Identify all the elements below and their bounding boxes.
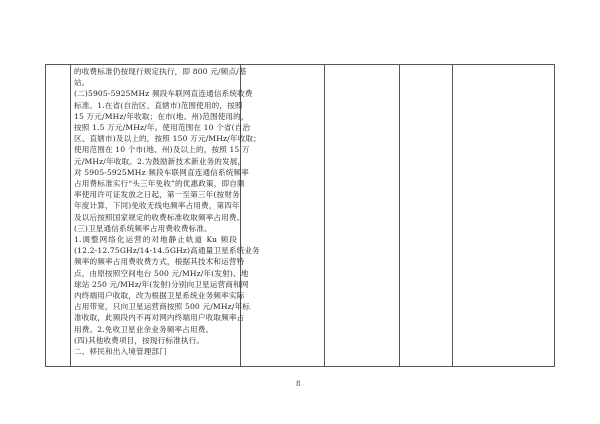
- page-number: 8: [296, 380, 300, 388]
- content-line: 站。: [74, 77, 237, 88]
- content-line: 15 万元/MHz/年收取；在市(地、州)范围使用的，: [74, 111, 237, 122]
- content-line: 用费。2.免收卫星业余业务频率占用费。: [74, 324, 237, 335]
- content-line: 使用范围在 10 个市(地、州)及以上的，按照 15 万: [74, 144, 237, 155]
- content-line: 点，由原按照空间电台 500 元/MHz/年(发射)、地: [74, 268, 237, 279]
- content-line: 按照 1.5 万元/MHz/年。使用范围在 10 个省(自治: [74, 122, 237, 133]
- table-cell-empty: [453, 65, 555, 367]
- table-cell-index: [46, 65, 71, 367]
- content-line: 及以后按照国家规定的收费标准收取频率占用费。: [74, 212, 237, 223]
- content-line: (三)卫星通信系统频率占用费收费标准。: [74, 223, 237, 234]
- table-cell-content: 的收费标准仍按现行规定执行，即 800 元/频点/基站。(二)5905-5925…: [71, 65, 241, 367]
- fee-table: 的收费标准仍按现行规定执行，即 800 元/频点/基站。(二)5905-5925…: [45, 64, 555, 367]
- content-line: (四)其他收费项目，按现行标准执行。: [74, 335, 237, 346]
- content-line: 区、直辖市)及以上的，按照 150 万元/MHz/年收取；: [74, 133, 237, 144]
- content-line: 球站 250 元/MHz/年(发射)分别向卫星运营商和网: [74, 279, 237, 290]
- table-row: 的收费标准仍按现行规定执行，即 800 元/频点/基站。(二)5905-5925…: [46, 65, 555, 367]
- content-line: 的收费标准仍按现行规定执行，即 800 元/频点/基: [74, 66, 237, 77]
- content-line: 年度计算，下同)免收无线电频率占用费，第四年: [74, 200, 237, 211]
- table-cell-empty: [400, 65, 453, 367]
- content-line: 内终端用户收取，改为根据卫星系统业务频率实际: [74, 290, 237, 301]
- table-cell-empty: [325, 65, 400, 367]
- content-line: 标准。1.在省(自治区、直辖市)范围使用的，按照: [74, 100, 237, 111]
- content-line: 1.调整网络化运营的对地静止轨道 Ku 频段: [74, 234, 237, 245]
- content-line: 元/MHz/年收取。2.为鼓励新技术新业务的发展，: [74, 156, 237, 167]
- content-line: 占用带宽，只向卫星运营商按照 500 元/MHz/年标: [74, 301, 237, 312]
- content-line: (12.2-12.75GHz/14-14.5GHz)高通量卫星系统业务: [74, 245, 237, 256]
- content-line: 准收取，此频段内不再对网内终端用户收取频率占: [74, 312, 237, 323]
- content-text-block: 的收费标准仍按现行规定执行，即 800 元/频点/基站。(二)5905-5925…: [74, 66, 237, 357]
- content-line: 率使用许可证发放之日起，第一至第三年(按财务: [74, 189, 237, 200]
- content-line: 对 5905-5925MHz 频段车联网直连通信系统频率: [74, 167, 237, 178]
- table-cell-empty: [241, 65, 325, 367]
- content-line: 二、移民和出入境管理部门: [74, 346, 237, 357]
- content-line: 占用费标准实行“头三年免收”的优惠政策，即自频: [74, 178, 237, 189]
- content-line: (二)5905-5925MHz 频段车联网直连通信系统收费: [74, 88, 237, 99]
- content-line: 频率的频率占用费收费方式，根据其技术和运营特: [74, 256, 237, 267]
